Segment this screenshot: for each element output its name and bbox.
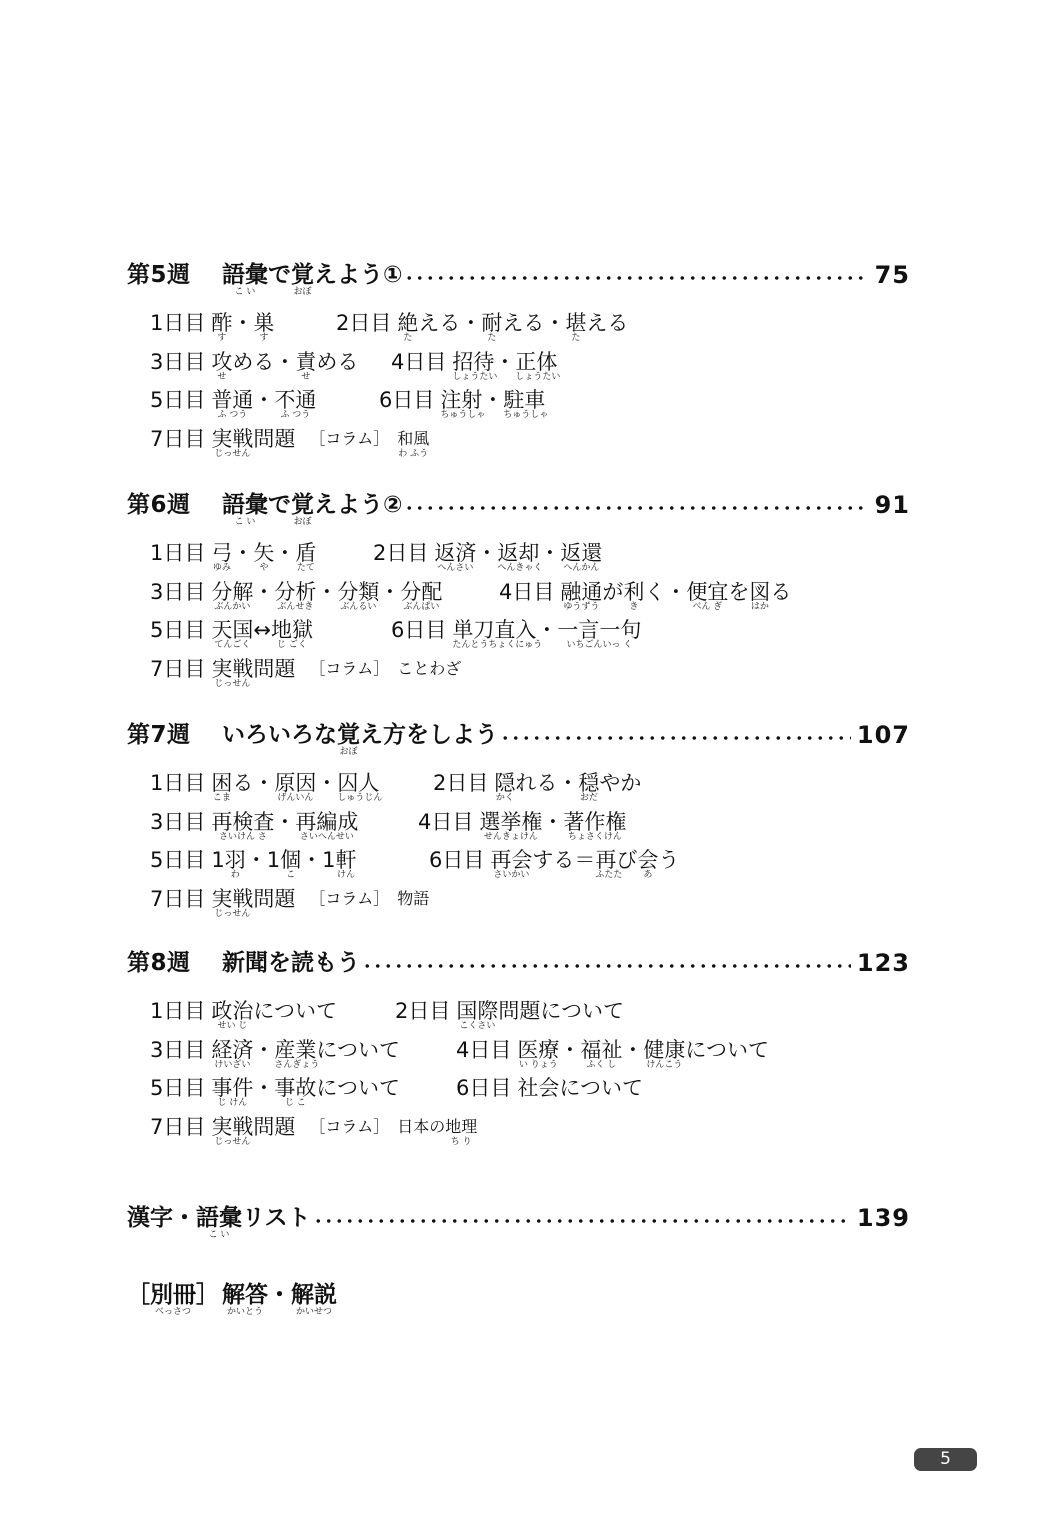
text-fragment: く・ — [644, 580, 686, 604]
ruby-word: 健康けんこう — [643, 1037, 685, 1063]
page-ref: 139 — [857, 1203, 910, 1233]
week-header[interactable]: 第8週 新聞を読もう 123 — [127, 948, 910, 998]
furigana: ちゅうしゃ — [440, 410, 482, 420]
text-fragment: について — [685, 1038, 769, 1062]
day-entry[interactable]: 5日目事件じ けん・事故じ こについて — [150, 1075, 400, 1101]
ruby-word: 語彙こ い — [196, 1203, 242, 1233]
furigana: けんこう — [643, 1060, 685, 1070]
day-entry[interactable]: 7日目実戦じっせん問題［コラム］物語 — [150, 886, 429, 912]
ruby-word: 絶た — [397, 310, 418, 336]
day-topic: 困こまる・原因げんいん・囚人しゅうじん — [211, 770, 379, 796]
furigana: かく — [494, 793, 515, 803]
furigana: じ こ — [274, 1098, 316, 1108]
furigana: せんきょけん — [479, 832, 542, 842]
ruby-word: 語彙こ い — [222, 490, 268, 520]
furigana: へんさい — [434, 563, 476, 573]
day-entry[interactable]: 2日目隠かくれる・穏おだやか — [433, 770, 641, 796]
appendix-header[interactable]: ［別冊べっさつ］ 解答かいとう・解説かいせつ — [127, 1280, 910, 1330]
ruby-word: 穏おだ — [578, 770, 599, 796]
text-fragment: 問題 — [253, 887, 295, 911]
day-row: 7日目実戦じっせん問題［コラム］ことわざ — [150, 656, 910, 695]
text-fragment: ・ — [253, 1038, 274, 1062]
ruby-word: 返却へんきゃく — [497, 540, 539, 566]
day-entry[interactable]: 1日目政治せい じについて — [150, 998, 337, 1024]
ruby-word: 返済へんさい — [434, 540, 476, 566]
text-fragment: やか — [599, 771, 641, 795]
day-label: 6日目 — [379, 387, 434, 413]
day-topic: 融通ゆうずうが利きく・便宜べん ぎを図はかる — [560, 579, 791, 605]
furigana: じっせん — [211, 1137, 253, 1147]
day-topic: 酢す・巣す — [211, 310, 274, 336]
day-label: 7日目 — [150, 656, 205, 682]
furigana: しゅうじん — [337, 793, 379, 803]
appendix-bracket: ［別冊べっさつ］ — [127, 1280, 222, 1310]
day-label: 6日目 — [429, 847, 484, 873]
day-entry[interactable]: 7日目実戦じっせん問題［コラム］ことわざ — [150, 656, 461, 682]
week-title: 語彙こ いで覚おぼえよう② — [222, 490, 402, 520]
ruby-word: 別冊べっさつ — [150, 1280, 196, 1310]
column-label: ［コラム］ — [309, 426, 389, 452]
furigana: ふたた — [595, 870, 616, 880]
day-topic: 普通ふ つう・不通ふ つう — [211, 387, 316, 413]
furigana: た — [565, 333, 586, 343]
column-topic: 日本の地理ち り — [397, 1114, 477, 1140]
day-entry[interactable]: 4日目医療い りょう・福祉ふく し・健康けんこうについて — [456, 1037, 769, 1063]
ruby-word: 普通ふ つう — [211, 387, 253, 413]
toc-week-6: 第6週 語彙こ いで覚おぼえよう② 91 1日目弓ゆみ・矢や・盾たて2日目返済へ… — [127, 490, 910, 694]
ruby-word: 地獄じ ごく — [271, 617, 313, 643]
furigana: き — [623, 602, 644, 612]
text-fragment: ［ — [127, 1282, 150, 1308]
ruby-word: 駐車ちゅうしゃ — [503, 387, 545, 413]
day-list: 1日目政治せい じについて2日目国際こくさい問題について3日目経済けいざい・産業… — [150, 998, 910, 1152]
ruby-word: 実戦じっせん — [211, 1114, 253, 1140]
column-label: ［コラム］ — [309, 886, 389, 912]
furigana: せ — [295, 372, 316, 382]
furigana: こま — [211, 793, 232, 803]
day-label: 1日目 — [150, 998, 205, 1024]
ruby-word: 選挙権せんきょけん — [479, 809, 542, 835]
text-fragment: ・ — [274, 810, 295, 834]
ruby-word: 覚おぼ — [337, 720, 360, 750]
ruby-word: 正体しょうたい — [515, 349, 557, 375]
furigana: せ — [211, 372, 232, 382]
day-label: 2日目 — [433, 770, 488, 796]
text-fragment: ・ — [232, 541, 253, 565]
day-entry[interactable]: 4日目融通ゆうずうが利きく・便宜べん ぎを図はかる — [499, 579, 791, 605]
text-fragment: を — [728, 580, 749, 604]
week-label: 第6週 — [127, 490, 222, 520]
text-fragment: ・1 — [301, 848, 335, 872]
week-header[interactable]: 第6週 語彙こ いで覚おぼえよう② 91 — [127, 490, 910, 540]
furigana: はか — [749, 602, 770, 612]
furigana: おぼ — [291, 287, 314, 297]
text-fragment: について — [316, 1076, 400, 1100]
week-title: 新聞を読もう — [222, 948, 360, 978]
furigana: じ ごく — [271, 640, 313, 650]
text-fragment: えよう② — [314, 492, 402, 518]
furigana: ゆみ — [211, 563, 232, 573]
furigana: ぶんせき — [274, 602, 316, 612]
furigana: おぼ — [291, 517, 314, 527]
text-fragment: める・ — [232, 350, 295, 374]
furigana: じっせん — [211, 449, 253, 459]
list-header[interactable]: 漢字・語彙こ いリスト 139 — [127, 1203, 910, 1253]
day-topic: 実戦じっせん問題 — [211, 886, 295, 912]
day-entry[interactable]: 6日目再会さいかいする＝再ふたたび会あう — [429, 847, 679, 873]
toc-appendix: ［別冊べっさつ］ 解答かいとう・解説かいせつ — [127, 1280, 910, 1330]
day-row: 1日目困こまる・原因げんいん・囚人しゅうじん2日目隠かくれる・穏おだやか — [150, 770, 910, 809]
furigana: さいへんせい — [295, 832, 358, 842]
day-entry[interactable]: 3日目攻せめる・責せめる — [150, 349, 358, 375]
furigana: ち り — [445, 1137, 477, 1147]
text-fragment: え方をしよう — [360, 722, 498, 748]
furigana: おだ — [578, 793, 599, 803]
ruby-word: 天国てんごく — [211, 617, 253, 643]
day-list: 1日目酢す・巣す2日目絶たえる・耐たえる・堪たえる3日目攻せめる・責せめる4日目… — [150, 310, 910, 464]
day-topic: 隠かくれる・穏おだやか — [494, 770, 641, 796]
ruby-word: 注射ちゅうしゃ — [440, 387, 482, 413]
text-fragment: えよう① — [314, 262, 402, 288]
text-fragment: について — [316, 1038, 400, 1062]
ruby-word: 困こま — [211, 770, 232, 796]
day-list: 1日目困こまる・原因げんいん・囚人しゅうじん2日目隠かくれる・穏おだやか3日目再… — [150, 770, 910, 924]
ruby-word: 福祉ふく し — [580, 1037, 622, 1063]
day-topic: 選挙権せんきょけん・著作権ちょさくけん — [479, 809, 626, 835]
page-ref: 107 — [857, 720, 910, 750]
day-label: 3日目 — [150, 809, 205, 835]
furigana: ちょさくけん — [563, 832, 626, 842]
day-label: 5日目 — [150, 387, 205, 413]
day-entry[interactable]: 1日目弓ゆみ・矢や・盾たて — [150, 540, 316, 566]
toc-week-7: 第7週 いろいろな覚おぼえ方をしよう 107 1日目困こまる・原因げんいん・囚人… — [127, 720, 910, 924]
furigana: た — [481, 333, 502, 343]
day-label: 6日目 — [391, 617, 446, 643]
ruby-word: 事件じ けん — [211, 1075, 253, 1101]
text-fragment: する＝ — [532, 848, 595, 872]
day-label: 7日目 — [150, 1114, 205, 1140]
day-entry[interactable]: 1日目困こまる・原因げんいん・囚人しゅうじん — [150, 770, 379, 796]
furigana: さいけん さ — [211, 832, 274, 842]
week-title: 語彙こ いで覚おぼえよう① — [222, 260, 402, 290]
ruby-word: 分配ぶんぱい — [400, 579, 442, 605]
day-row: 1日目酢す・巣す2日目絶たえる・耐たえる・堪たえる — [150, 310, 910, 349]
text-fragment: ・ — [494, 350, 515, 374]
ruby-word: 返還へんかん — [560, 540, 602, 566]
furigana: かいせつ — [291, 1307, 337, 1317]
day-entry[interactable]: 3日目経済けいざい・産業さんぎょうについて — [150, 1037, 400, 1063]
text-fragment: いろいろな — [222, 722, 337, 748]
text-fragment: ・ — [274, 541, 295, 565]
day-entry[interactable]: 3日目再検査さいけん さ・再編成さいへんせい — [150, 809, 358, 835]
day-topic: 実戦じっせん問題 — [211, 656, 295, 682]
furigana: へんかん — [560, 563, 602, 573]
furigana: ちゅうしゃ — [503, 410, 545, 420]
text-fragment: び — [616, 848, 637, 872]
furigana: おぼ — [337, 747, 360, 757]
ruby-word: 和風わ ふう — [397, 426, 429, 452]
day-row: 3日目攻せめる・責せめる4日目招待しょうたい・正体しょうたい — [150, 349, 910, 388]
text-fragment: 問題 — [253, 427, 295, 451]
furigana: や — [253, 563, 274, 573]
day-label: 4日目 — [391, 349, 446, 375]
ruby-word: 覚おぼ — [291, 490, 314, 520]
ruby-word: 分析ぶんせき — [274, 579, 316, 605]
day-entry[interactable]: 5日目天国てんごく↔地獄じ ごく — [150, 617, 313, 643]
column-topic: 和風わ ふう — [397, 426, 429, 452]
text-fragment: で — [268, 262, 291, 288]
furigana: てんごく — [211, 640, 253, 650]
ruby-word: 耐た — [481, 310, 502, 336]
day-row: 1日目弓ゆみ・矢や・盾たて2日目返済へんさい・返却へんきゃく・返還へんかん — [150, 540, 910, 579]
ruby-word: 個こ — [280, 847, 301, 873]
toc-week-5: 第5週 語彙こ いで覚おぼえよう① 75 1日目酢す・巣す2日目絶たえる・耐たえ… — [127, 260, 910, 464]
dot-leader — [404, 490, 868, 520]
day-topic: 再会さいかいする＝再ふたたび会あう — [490, 847, 679, 873]
text-fragment: る・ — [232, 771, 274, 795]
ruby-word: 原因げんいん — [274, 770, 316, 796]
week-header[interactable]: 第5週 語彙こ いで覚おぼえよう① 75 — [127, 260, 910, 310]
furigana: わ ふう — [397, 449, 429, 459]
text-fragment: ・ — [536, 618, 557, 642]
day-topic: 天国てんごく↔地獄じ ごく — [211, 617, 313, 643]
ruby-word: 再ふたた — [595, 847, 616, 873]
day-row: 5日目普通ふ つう・不通ふ つう6日目注射ちゅうしゃ・駐車ちゅうしゃ — [150, 387, 910, 426]
day-row: 3日目分解ぶんかい・分析ぶんせき・分類ぶんるい・分配ぶんぱい4日目融通ゆうずうが… — [150, 579, 910, 618]
text-fragment: 社会について — [517, 1076, 643, 1100]
day-label: 3日目 — [150, 349, 205, 375]
ruby-word: 再編成さいへんせい — [295, 809, 358, 835]
ruby-word: 分類ぶんるい — [337, 579, 379, 605]
day-label: 3日目 — [150, 579, 205, 605]
text-fragment: ・ — [232, 311, 253, 335]
day-topic: 政治せい じについて — [211, 998, 337, 1024]
day-entry[interactable]: 4日目選挙権せんきょけん・著作権ちょさくけん — [418, 809, 626, 835]
day-topic: 1羽わ・1個こ・1軒けん — [211, 847, 356, 873]
furigana: あ — [637, 870, 658, 880]
furigana: ふ つう — [274, 410, 316, 420]
ruby-word: 産業さんぎょう — [274, 1037, 316, 1063]
furigana: じ けん — [211, 1098, 253, 1108]
ruby-word: 酢す — [211, 310, 232, 336]
furigana: ゆうずう — [560, 602, 602, 612]
ruby-word: 著作権ちょさくけん — [563, 809, 626, 835]
furigana: た — [397, 333, 418, 343]
furigana: じっせん — [211, 679, 253, 689]
day-topic: 分解ぶんかい・分析ぶんせき・分類ぶんるい・分配ぶんぱい — [211, 579, 442, 605]
text-fragment: で — [268, 492, 291, 518]
day-entry[interactable]: 7日目実戦じっせん問題［コラム］日本の地理ち り — [150, 1114, 477, 1140]
ruby-word: 盾たて — [295, 540, 316, 566]
week-header[interactable]: 第7週 いろいろな覚おぼえ方をしよう 107 — [127, 720, 910, 770]
text-fragment: る — [770, 580, 791, 604]
ruby-word: 再検査さいけん さ — [211, 809, 274, 835]
page-number-badge: 5 — [914, 1448, 977, 1471]
day-topic: 返済へんさい・返却へんきゃく・返還へんかん — [434, 540, 602, 566]
day-topic: 攻せめる・責せめる — [211, 349, 358, 375]
day-topic: 経済けいざい・産業さんぎょうについて — [211, 1037, 400, 1063]
toc-week-8: 第8週 新聞を読もう 123 1日目政治せい じについて2日目国際こくさい問題に… — [127, 948, 910, 1152]
text-fragment: える・ — [502, 311, 565, 335]
furigana: わ — [225, 870, 246, 880]
day-label: 4日目 — [418, 809, 473, 835]
ruby-word: 実戦じっせん — [211, 656, 253, 682]
page-ref: 75 — [875, 260, 910, 290]
dot-leader — [362, 948, 851, 978]
text-fragment: ・ — [539, 541, 560, 565]
ruby-word: 図はか — [749, 579, 770, 605]
day-entry[interactable]: 6日目単刀直入たんとうちょくにゅう・一言一句いちごんいっ く — [391, 617, 641, 643]
day-label: 7日目 — [150, 886, 205, 912]
day-entry[interactable]: 6日目注射ちゅうしゃ・駐車ちゅうしゃ — [379, 387, 545, 413]
text-fragment: ・ — [253, 388, 274, 412]
text-fragment: れる・ — [515, 771, 578, 795]
column-topic: 物語 — [397, 886, 429, 912]
furigana: べん ぎ — [686, 602, 728, 612]
furigana: げんいん — [274, 793, 316, 803]
furigana: べっさつ — [150, 1307, 196, 1317]
text-fragment: ↔ — [253, 618, 271, 642]
ruby-word: 融通ゆうずう — [560, 579, 602, 605]
column-label: ［コラム］ — [309, 1114, 389, 1140]
ruby-word: 弓ゆみ — [211, 540, 232, 566]
text-fragment: 問題 — [253, 1115, 295, 1139]
day-entry[interactable]: 4日目招待しょうたい・正体しょうたい — [391, 349, 557, 375]
day-label: 3日目 — [150, 1037, 205, 1063]
text-fragment: ・ — [316, 771, 337, 795]
ruby-word: 語彙こ い — [222, 260, 268, 290]
day-row: 3日目再検査さいけん さ・再編成さいへんせい4日目選挙権せんきょけん・著作権ちょ… — [150, 809, 910, 848]
day-topic: 医療い りょう・福祉ふく し・健康けんこうについて — [517, 1037, 769, 1063]
text-fragment: ・ — [559, 1038, 580, 1062]
day-label: 5日目 — [150, 617, 205, 643]
text-fragment: ・ — [268, 1282, 291, 1308]
text-fragment: 問題 — [253, 657, 295, 681]
text-fragment: 物語 — [397, 889, 429, 908]
furigana: こくさい — [456, 1021, 498, 1031]
text-fragment: える・ — [418, 311, 481, 335]
day-label: 7日目 — [150, 426, 205, 452]
day-topic: 絶たえる・耐たえる・堪たえる — [397, 310, 628, 336]
day-entry[interactable]: 2日目国際こくさい問題について — [395, 998, 624, 1024]
ruby-word: 軒けん — [336, 847, 357, 873]
text-fragment: ・ — [542, 810, 563, 834]
toc-vocabulary-list: 漢字・語彙こ いリスト 139 — [127, 1203, 910, 1253]
text-fragment: について — [253, 999, 337, 1023]
day-list: 1日目弓ゆみ・矢や・盾たて2日目返済へんさい・返却へんきゃく・返還へんかん3日目… — [150, 540, 910, 694]
appendix-title: 解答かいとう・解説かいせつ — [222, 1280, 337, 1310]
text-fragment: ・ — [476, 541, 497, 565]
day-label: 2日目 — [373, 540, 428, 566]
furigana: こ い — [222, 517, 268, 527]
day-entry[interactable]: 1日目酢す・巣す — [150, 310, 274, 336]
ruby-word: 政治せい じ — [211, 998, 253, 1024]
text-fragment: える — [586, 311, 628, 335]
furigana: こ — [280, 870, 301, 880]
furigana: かいとう — [222, 1307, 268, 1317]
ruby-word: 事故じ こ — [274, 1075, 316, 1101]
text-fragment: ・ — [253, 580, 274, 604]
week-label: 第5週 — [127, 260, 222, 290]
ruby-word: 便宜べん ぎ — [686, 579, 728, 605]
day-topic: 注射ちゅうしゃ・駐車ちゅうしゃ — [440, 387, 545, 413]
page-ref: 123 — [857, 948, 910, 978]
text-fragment: ・ — [316, 580, 337, 604]
day-entry[interactable]: 6日目社会について — [456, 1075, 643, 1101]
ruby-word: 分解ぶんかい — [211, 579, 253, 605]
day-label: 5日目 — [150, 847, 205, 873]
day-row: 5日目天国てんごく↔地獄じ ごく6日目単刀直入たんとうちょくにゅう・一言一句いち… — [150, 617, 910, 656]
furigana: しょうたい — [515, 372, 557, 382]
day-entry[interactable]: 3日目分解ぶんかい・分析ぶんせき・分類ぶんるい・分配ぶんぱい — [150, 579, 442, 605]
day-row: 7日目実戦じっせん問題［コラム］日本の地理ち り — [150, 1114, 910, 1153]
column-label: ［コラム］ — [309, 656, 389, 682]
ruby-word: 不通ふ つう — [274, 387, 316, 413]
day-row: 5日目1羽わ・1個こ・1軒けん6日目再会さいかいする＝再ふたたび会あう — [150, 847, 910, 886]
day-entry[interactable]: 5日目1羽わ・1個こ・1軒けん — [150, 847, 357, 873]
week-label: 第7週 — [127, 720, 222, 750]
day-label: 4日目 — [456, 1037, 511, 1063]
day-row: 3日目経済けいざい・産業さんぎょうについて4日目医療い りょう・福祉ふく し・健… — [150, 1037, 910, 1076]
text-fragment: 新聞を読もう — [222, 950, 360, 976]
ruby-word: 攻せ — [211, 349, 232, 375]
text-fragment: が — [602, 580, 623, 604]
ruby-word: 巣す — [253, 310, 274, 336]
day-label: 1日目 — [150, 310, 205, 336]
ruby-word: 堪た — [565, 310, 586, 336]
ruby-word: 解答かいとう — [222, 1280, 268, 1310]
text-fragment: 日本の — [397, 1117, 445, 1136]
text-fragment: ・ — [622, 1038, 643, 1062]
ruby-word: 経済けいざい — [211, 1037, 253, 1063]
ruby-word: 招待しょうたい — [452, 349, 494, 375]
day-entry[interactable]: 5日目普通ふ つう・不通ふ つう — [150, 387, 316, 413]
text-fragment: ・ — [379, 580, 400, 604]
text-fragment: める — [316, 350, 358, 374]
week-label: 第8週 — [127, 948, 222, 978]
furigana: たんとうちょくにゅう — [452, 640, 536, 650]
day-entry[interactable]: 2日目絶たえる・耐たえる・堪たえる — [336, 310, 628, 336]
ruby-word: 地理ち り — [445, 1114, 477, 1140]
dot-leader — [404, 260, 868, 290]
furigana: す — [253, 333, 274, 343]
day-label: 6日目 — [456, 1075, 511, 1101]
day-entry[interactable]: 7日目実戦じっせん問題［コラム］和風わ ふう — [150, 426, 429, 452]
text-fragment: ことわざ — [397, 659, 461, 678]
day-label: 5日目 — [150, 1075, 205, 1101]
dot-leader — [313, 1203, 851, 1233]
text-fragment: ・1 — [246, 848, 280, 872]
furigana: ぶんぱい — [400, 602, 442, 612]
day-row: 1日目政治せい じについて2日目国際こくさい問題について — [150, 998, 910, 1037]
ruby-word: 責せ — [295, 349, 316, 375]
ruby-word: 覚おぼ — [291, 260, 314, 290]
ruby-word: 隠かく — [494, 770, 515, 796]
ruby-word: 単刀直入たんとうちょくにゅう — [452, 617, 536, 643]
day-row: 7日目実戦じっせん問題［コラム］和風わ ふう — [150, 426, 910, 465]
ruby-word: 利き — [623, 579, 644, 605]
furigana: ぶんるい — [337, 602, 379, 612]
day-label: 4日目 — [499, 579, 554, 605]
furigana: さんぎょう — [274, 1060, 316, 1070]
ruby-word: 矢や — [253, 540, 274, 566]
furigana: じっせん — [211, 909, 253, 919]
ruby-word: 会あ — [637, 847, 658, 873]
day-entry[interactable]: 2日目返済へんさい・返却へんきゃく・返還へんかん — [373, 540, 602, 566]
furigana: さいかい — [490, 870, 532, 880]
dot-leader — [500, 720, 851, 750]
list-title: 漢字・語彙こ いリスト — [127, 1203, 311, 1233]
